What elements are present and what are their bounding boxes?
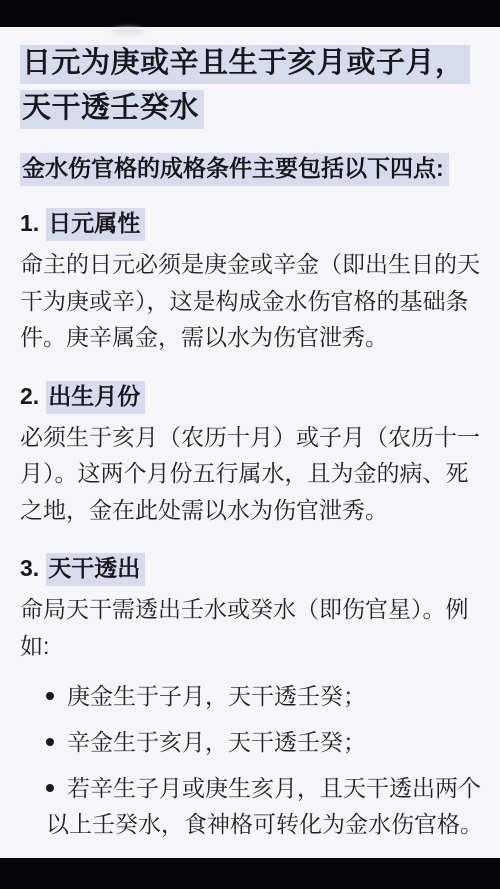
section-1-heading: 1.日元属性: [20, 208, 484, 238]
title-line-1: 日元为庚或辛且生于亥月或子月，: [20, 45, 470, 84]
section-3-heading-text: 天干透出: [46, 553, 145, 586]
article-title: 日元为庚或辛且生于亥月或子月，天干透壬癸水: [20, 41, 484, 131]
section-1-body: 命主的日元必须是庚金或辛金（即出生日的天干为庚或辛），这是构成金水伤官格的基础条…: [20, 246, 484, 356]
intro-line: 金水伤官格的成格条件主要包括以下四点:: [20, 153, 484, 183]
bullet-dot-icon: [46, 784, 54, 792]
article-page: 日元为庚或辛且生于亥月或子月，天干透壬癸水 金水伤官格的成格条件主要包括以下四点…: [0, 0, 500, 889]
example-item-3-text: 若辛生子月或庚生亥月，且天干透出两个以上壬癸水，食神格可转化为金水伤官格。: [46, 775, 483, 837]
title-line-2: 天干透壬癸水: [20, 90, 204, 129]
example-item-3: 若辛生子月或庚生亥月，且天干透出两个以上壬癸水，食神格可转化为金水伤官格。: [46, 770, 484, 842]
section-1-number: 1.: [20, 210, 39, 236]
example-list: 庚金生于子月，天干透壬癸； 辛金生于亥月，天干透壬癸； 若辛生子月或庚生亥月，且…: [20, 678, 484, 842]
section-3-number: 3.: [20, 555, 39, 581]
section-2-heading-text: 出生月份: [46, 381, 145, 414]
example-item-1: 庚金生于子月，天干透壬癸；: [46, 678, 484, 714]
example-item-2: 辛金生于亥月，天干透壬癸；: [46, 724, 484, 760]
section-2-body: 必须生于亥月（农历十月）或子月（农历十一月）。这两个月份五行属水，且为金的病、死…: [20, 419, 484, 529]
section-3: 3.天干透出 命局天干需透出壬水或癸水（即伤官星）。例如:: [20, 553, 484, 664]
section-3-heading: 3.天干透出: [20, 553, 484, 583]
bullet-dot-icon: [46, 738, 54, 746]
section-2-heading: 2.出生月份: [20, 381, 484, 411]
section-1: 1.日元属性 命主的日元必须是庚金或辛金（即出生日的天干为庚或辛），这是构成金水…: [20, 208, 484, 356]
bullet-dot-icon: [46, 692, 54, 700]
section-2: 2.出生月份 必须生于亥月（农历十月）或子月（农历十一月）。这两个月份五行属水，…: [20, 381, 484, 529]
section-2-number: 2.: [20, 383, 39, 409]
top-letterbox-bar: [0, 0, 500, 27]
example-item-1-text: 庚金生于子月，天干透壬癸；: [67, 683, 366, 709]
example-item-2-text: 辛金生于亥月，天干透壬癸；: [67, 729, 366, 755]
intro-text: 金水伤官格的成格条件主要包括以下四点:: [20, 153, 449, 186]
section-3-body: 命局天干需透出壬水或癸水（即伤官星）。例如:: [20, 591, 484, 664]
bottom-letterbox-bar: [0, 858, 500, 889]
article-content: 日元为庚或辛且生于亥月或子月，天干透壬癸水 金水伤官格的成格条件主要包括以下四点…: [0, 27, 500, 852]
section-1-heading-text: 日元属性: [46, 208, 145, 241]
